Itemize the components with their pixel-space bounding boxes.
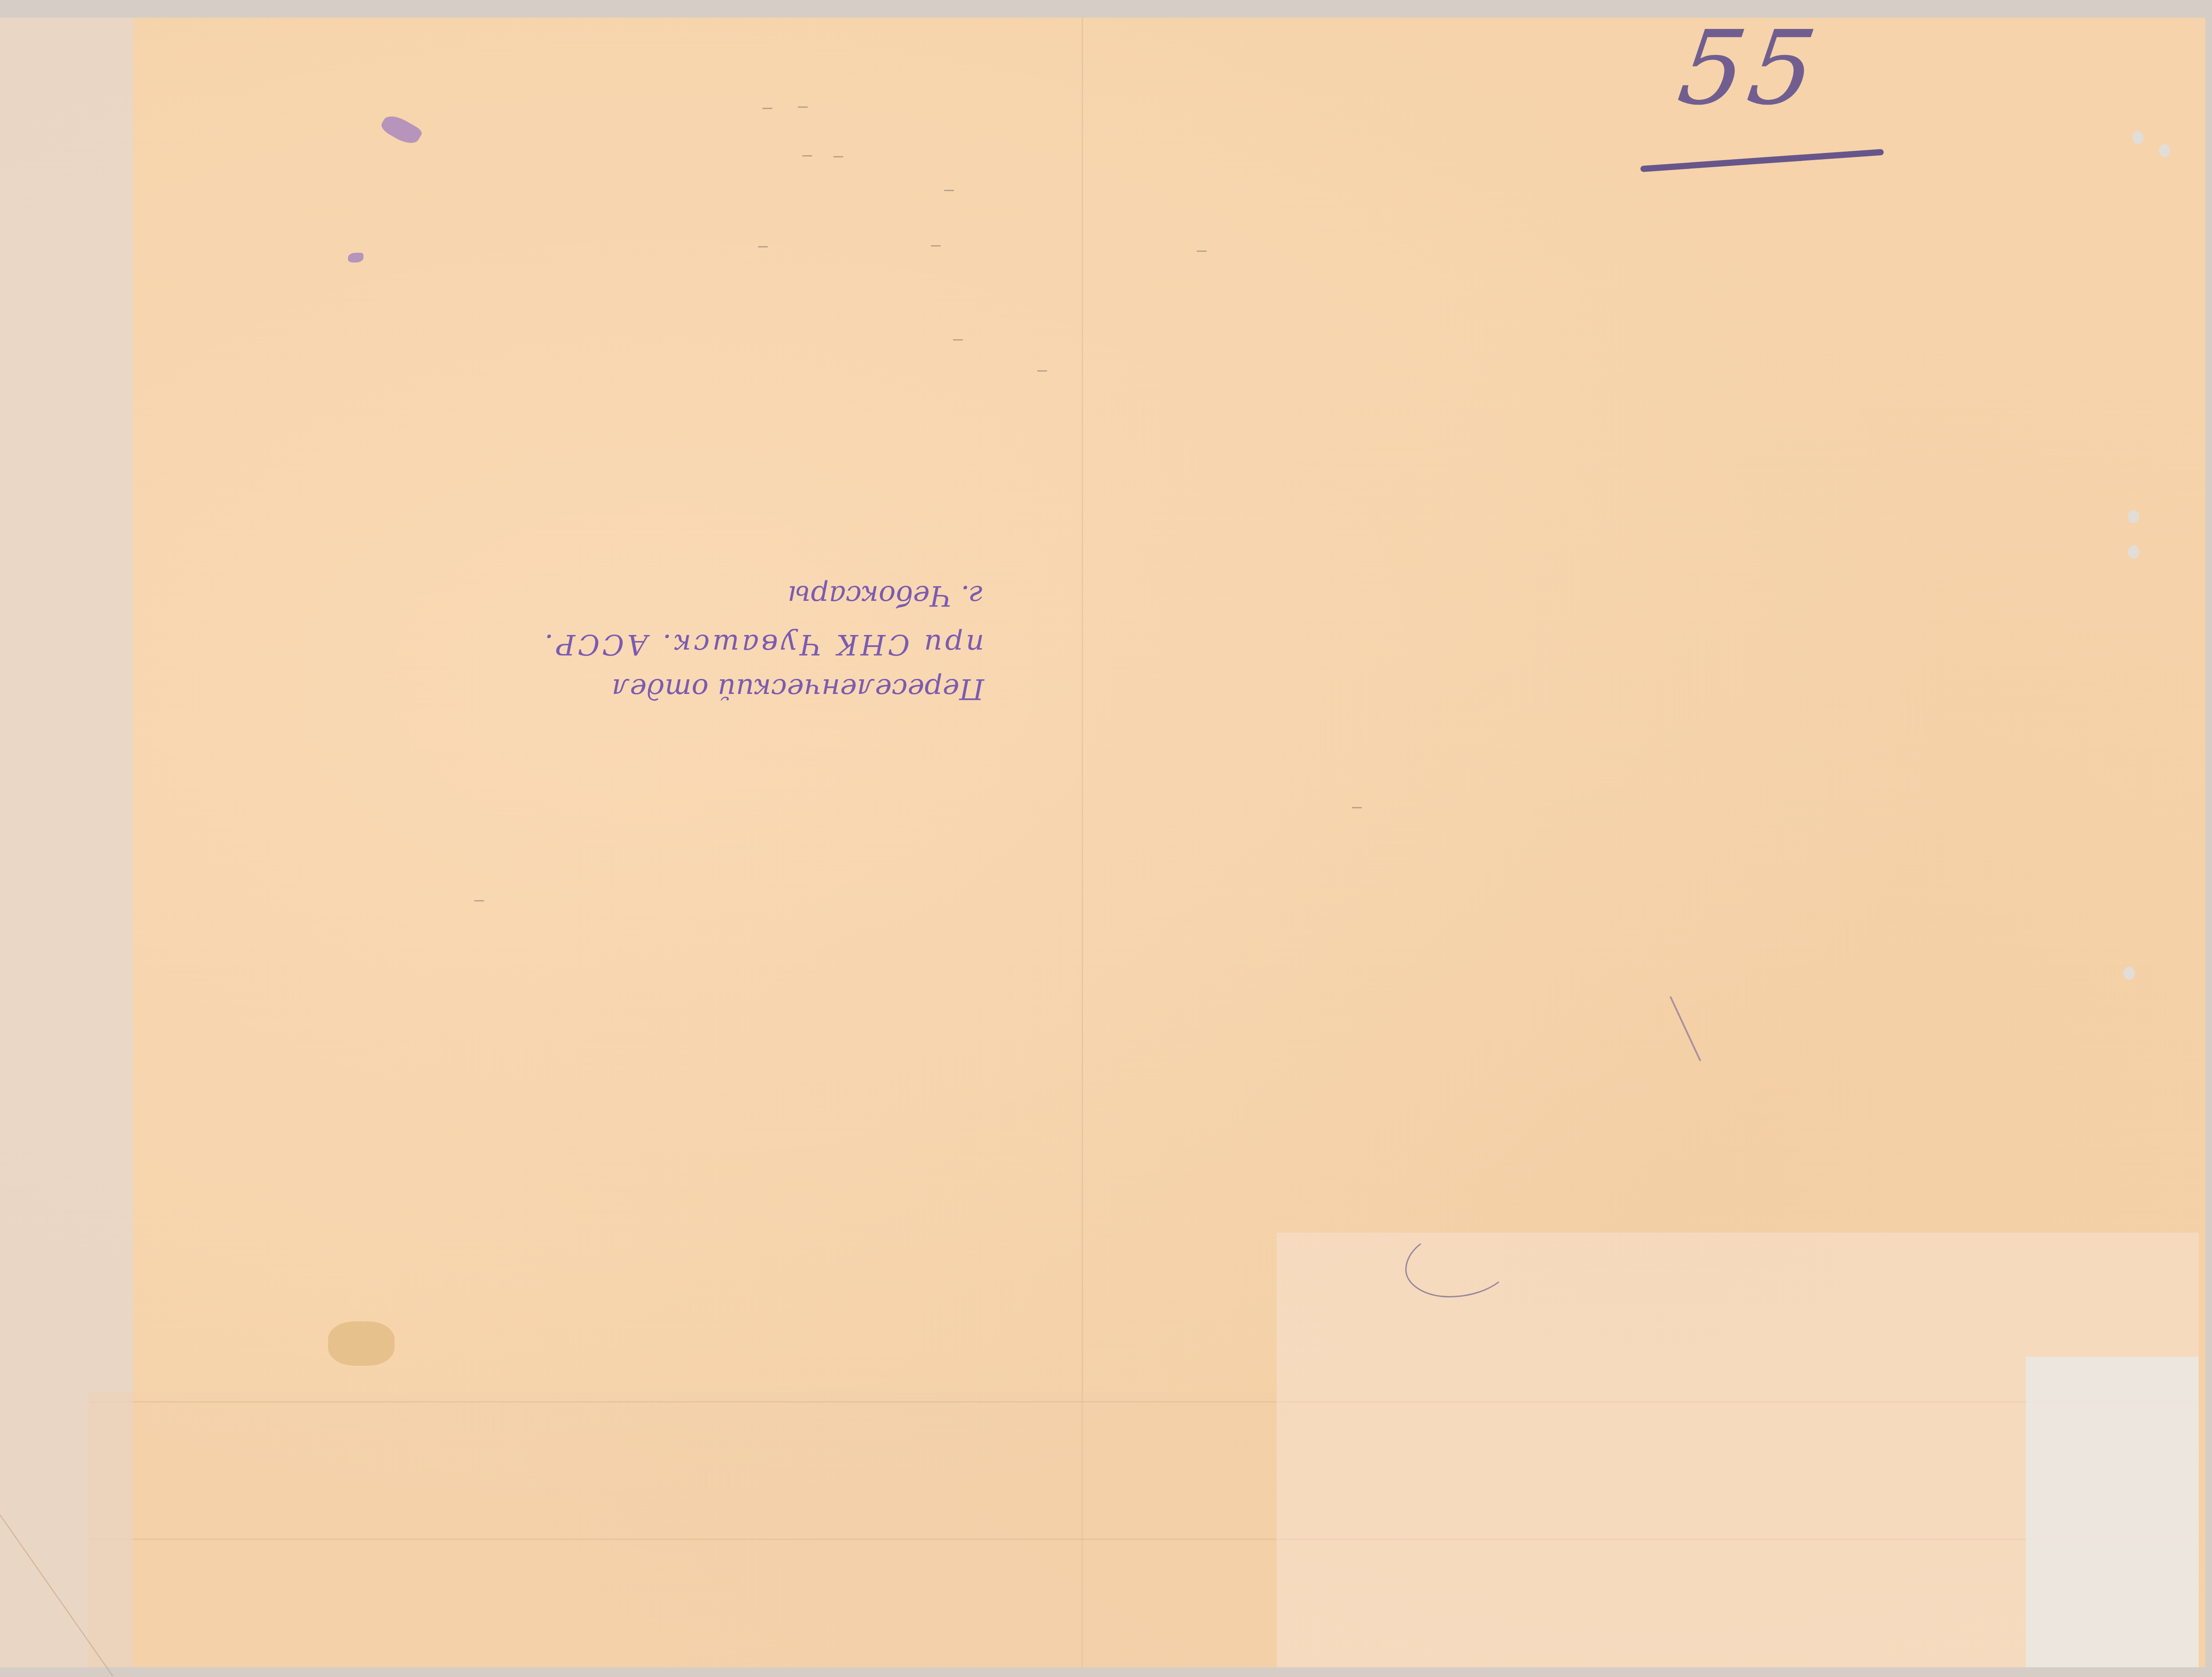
binding-hole [2128, 545, 2139, 559]
bleed-through-dash [762, 108, 772, 109]
page-number: 55 [1673, 18, 1873, 120]
stain-mark [328, 1321, 395, 1366]
bleed-through-dash [944, 190, 954, 191]
handwritten-note-inverted: Переселенческий отдел при СНК Чувашск. А… [390, 559, 984, 705]
bleed-through-dash [931, 245, 941, 247]
ink-blot [348, 253, 363, 263]
binding-hole [2159, 144, 2170, 157]
bleed-through-dash [1197, 251, 1207, 252]
binding-hole [2132, 131, 2144, 144]
note-line-1: Переселенческий отдел [612, 672, 984, 705]
note-line-3: г. Чебоксары [788, 579, 984, 612]
bleed-through-dash [1037, 370, 1047, 372]
bleed-through-dash [953, 339, 963, 341]
bleed-through-dash [758, 246, 768, 247]
note-line-2: при СНК Чувашск. АССР. [542, 628, 984, 661]
tissue-repair-corner [2026, 1357, 2199, 1667]
bleed-through-dash [474, 900, 484, 901]
bleed-through-dash [798, 106, 808, 108]
bleed-through-dash [833, 156, 843, 157]
binding-hole [2128, 510, 2139, 523]
bleed-through-dash [1352, 807, 1362, 808]
bleed-through-dash [802, 155, 812, 157]
binding-hole [2123, 967, 2135, 980]
